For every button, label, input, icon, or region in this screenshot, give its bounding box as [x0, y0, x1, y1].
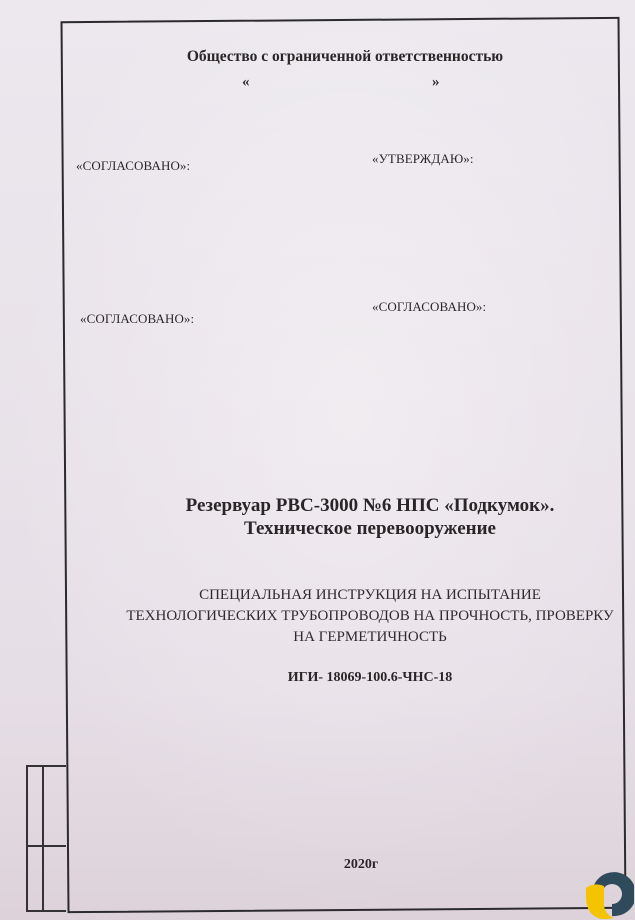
stamp-grid-vertical-divider — [42, 767, 44, 910]
document-subtitle-line-3: НА ГЕРМЕТИЧНОСТЬ — [0, 627, 635, 648]
document-title-line-2: Техническое перевооружение — [0, 517, 635, 540]
document-subtitle-line-1: СПЕЦИАЛЬНАЯ ИНСТРУКЦИЯ НА ИСПЫТАНИЕ — [0, 585, 635, 606]
document-code: ИГИ- 18069-100.6-ЧНС-18 — [0, 670, 635, 686]
approval-approve-top-right: «УТВЕРЖДАЮ»: — [372, 151, 474, 167]
document-year: 2020г — [0, 857, 635, 873]
organization-name: Общество с ограниченной ответственностью — [0, 48, 635, 66]
stamp-grid — [26, 765, 66, 912]
document-subtitle: СПЕЦИАЛЬНАЯ ИНСТРУКЦИЯ НА ИСПЫТАНИЕ ТЕХН… — [0, 585, 635, 648]
watermark-logo-icon — [582, 864, 634, 920]
approval-agreed-bottom-left: «СОГЛАСОВАНО»: — [80, 311, 194, 327]
approval-agreed-bottom-right: «СОГЛАСОВАНО»: — [372, 299, 486, 315]
quote-close: » — [432, 74, 440, 91]
document-title: Резервуар РВС-3000 №6 НПС «Подкумок». Те… — [0, 494, 635, 540]
document-title-line-1: Резервуар РВС-3000 №6 НПС «Подкумок». — [0, 494, 635, 517]
stamp-grid-horizontal-divider — [28, 845, 66, 847]
approval-agreed-top-left: «СОГЛАСОВАНО»: — [76, 158, 190, 174]
document-subtitle-line-2: ТЕХНОЛОГИЧЕСКИХ ТРУБОПРОВОДОВ НА ПРОЧНОС… — [0, 606, 635, 627]
quote-open: « — [242, 74, 250, 91]
page-frame-border — [61, 17, 627, 913]
